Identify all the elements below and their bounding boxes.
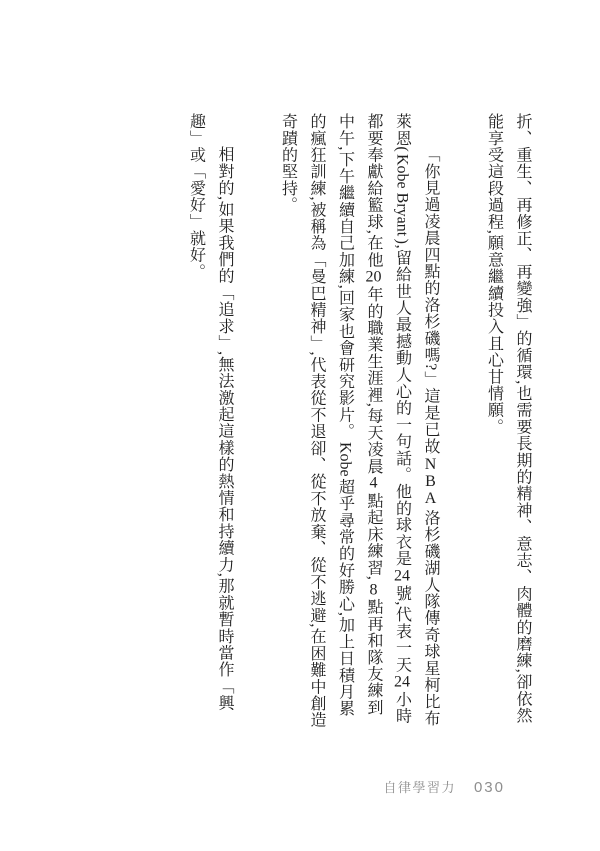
text-segment: ),留給世人最撼動人心的一句話。他的球衣是 (394, 239, 411, 567)
book-page: 折、重生、再修正、再變強」的循環,也需要長期的精神、意志、肉體的磨練,卻依然能享… (0, 0, 600, 851)
text-segment: Kobe Bryant (394, 154, 411, 236)
paragraph: 折、重生、再修正、再變強」的循環,也需要長期的精神、意志、肉體的磨練,卻依然能享… (479, 113, 536, 731)
text-segment: 4 (365, 475, 382, 491)
text-segment: Kobe (337, 442, 354, 477)
paragraph: 「你見過凌晨四點的洛杉磯嗎?」這是已故NBA洛杉磯湖人隊傳奇球星柯比布萊恩(Ko… (273, 113, 444, 731)
text-segment: 點起床練習, (365, 492, 382, 580)
text-segment: 相對的,如果我們的「追求」,無法激起這樣的熱情和持續力,那就暫時當作「興趣」或「… (188, 113, 234, 711)
footer-book-title: 自律學習力 (383, 777, 456, 796)
text-segment: 24 (394, 568, 411, 584)
text-segment: 20 (365, 269, 382, 285)
text-segment: 「你見過凌晨四點的洛杉磯嗎?」這是已故 (422, 146, 439, 454)
text-segment: NBA (422, 456, 439, 507)
footer-page-number: 030 (474, 779, 505, 796)
text-segment: 24 (394, 674, 411, 690)
text-block: 折、重生、再修正、再變強」的循環,也需要長期的精神、意志、肉體的磨練,卻依然能享… (181, 113, 536, 731)
text-segment: 8 (365, 582, 382, 598)
page-footer: 自律學習力 030 (383, 777, 505, 796)
text-segment: 號,代表一天 (394, 585, 411, 673)
text-segment: 折、重生、再修正、再變強」的循環,也需要長期的精神、意志、肉體的磨練,卻依然能享… (486, 113, 532, 724)
paragraph: 相對的,如果我們的「追求」,無法激起這樣的熱情和持續力,那就暫時當作「興趣」或「… (181, 113, 238, 731)
text-segment: 年的職業生涯裡,每天凌晨 (365, 286, 382, 474)
